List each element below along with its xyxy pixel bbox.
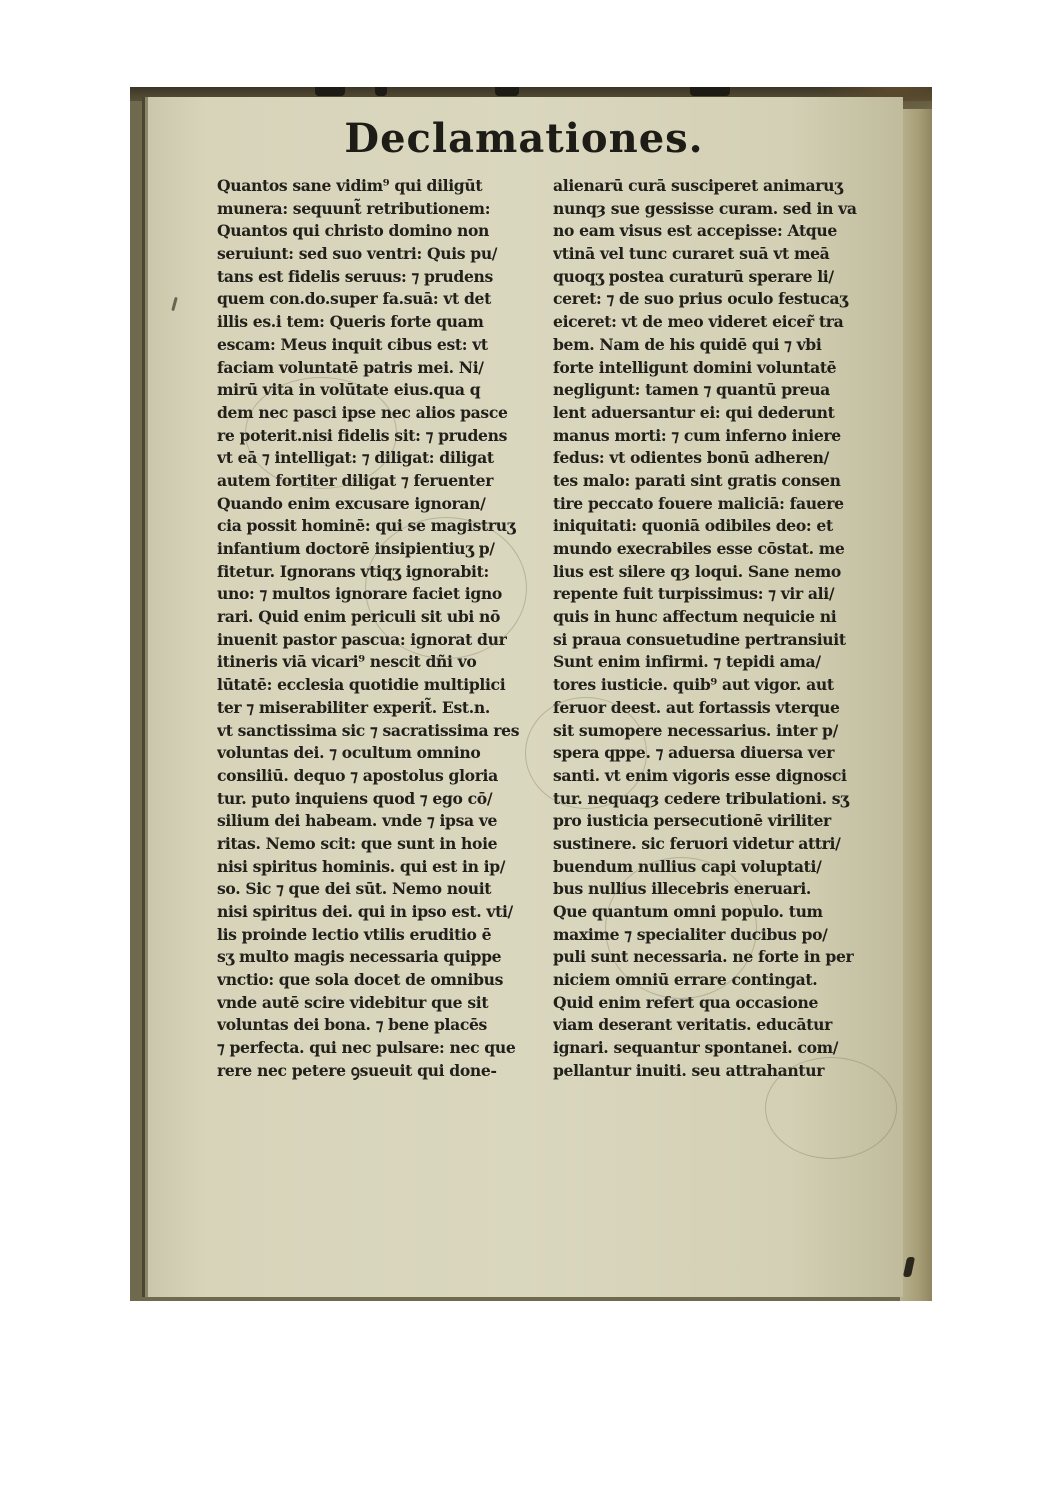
text-line: munera: sequunt̃ retributionem: [217,198,553,221]
text-line: Sunt enim infirmi. ⁊ tepidi ama/ [553,651,889,674]
text-line: fedus: vt odientes bonū adheren/ [553,447,889,470]
text-line: Quid enim refert qua occasione [553,992,889,1015]
text-line: sit sumopere necessarius. inter p/ [553,720,889,743]
text-line: viam deserant veritatis. educātur [553,1014,889,1037]
text-line: dem nec pasci ipse nec alios pasce [217,402,553,425]
text-line: quis in hunc affectum nequicie ni [553,606,889,629]
text-line: silium dei habeam. vnde ⁊ ipsa ve [217,810,553,833]
text-line: consiliū. dequo ⁊ apostolus gloria [217,765,553,788]
page-fore-edge [900,109,932,1301]
text-line: sʒ multo magis necessaria quippe [217,946,553,969]
text-line: spera qppe. ⁊ aduersa diuersa ver [553,742,889,765]
text-line: nisi spiritus dei. qui in ipso est. vti/ [217,901,553,924]
text-line: vt sanctissima sic ⁊ sacratissima res [217,720,553,743]
text-line: quoqʒ postea curaturū sperare li/ [553,266,889,289]
text-line: sustinere. sic feruori videtur attri/ [553,833,889,856]
text-line: cia possit hominē: qui se magistruʒ [217,515,553,538]
text-line: faciam voluntatē patris mei. Ni/ [217,357,553,380]
running-title: Declamationes. [145,115,903,162]
text-line: vt eā ⁊ intelligat: ⁊ diligat: diligat [217,447,553,470]
text-column-left: Quantos sane vidim⁹ qui diligūtmunera: s… [217,175,553,1083]
text-line: tans est fidelis seruus: ⁊ prudens [217,266,553,289]
text-line: bem. Nam de his quidē qui ⁊ vbi [553,334,889,357]
text-line: Quando enim excusare ignoran/ [217,493,553,516]
text-line: lent aduersantur ei: qui dederunt [553,402,889,425]
text-line: tire peccato fouere maliciā: fauere [553,493,889,516]
book-page: Declamationes. Quantos sane vidim⁹ qui d… [142,97,903,1297]
text-line: ter ⁊ miserabiliter experit̃. Est.n. [217,697,553,720]
text-line: seruiunt: sed suo ventri: Quis pu/ [217,243,553,266]
text-line: escam: Meus inquit cibus est: vt [217,334,553,357]
text-line: Quantos qui christo domino non [217,220,553,243]
text-line: rari. Quid enim periculi sit ubi nō [217,606,553,629]
text-column-right: alienarū curā susciperet animaruʒnunqȝ s… [553,175,889,1083]
text-line: tur. puto inquiens quod ⁊ ego cō/ [217,788,553,811]
text-line: manus morti: ⁊ cum inferno iniere [553,425,889,448]
scanned-page-photo: Declamationes. Quantos sane vidim⁹ qui d… [130,87,932,1301]
text-line: infantium doctorē insipientiuʒ p/ [217,538,553,561]
text-line: illis es.i tem: Queris forte quam [217,311,553,334]
text-line: voluntas dei. ⁊ ocultum omnino [217,742,553,765]
text-line: buendum nullius capi voluptati/ [553,856,889,879]
text-line: rere nec petere ꝯsueuit qui done- [217,1060,553,1083]
text-line: si praua consuetudine pertransiuit [553,629,889,652]
text-line: ceret: ⁊ de suo prius oculo festucaʒ [553,288,889,311]
text-line: ⁊ perfecta. qui nec pulsare: nec que [217,1037,553,1060]
text-line: tores iusticie. quib⁹ aut vigor. aut [553,674,889,697]
text-line: eiceret: vt de meo videret eicer̃ tra [553,311,889,334]
text-line: ignari. sequantur spontanei. com/ [553,1037,889,1060]
gutter-mark [171,297,178,311]
text-line: lius est silere qȝ loqui. Sane nemo [553,561,889,584]
text-line: ritas. Nemo scit: que sunt in hoie [217,833,553,856]
text-line: lūtatē: ecclesia quotidie multiplici [217,674,553,697]
text-line: pro iusticia persecutionē viriliter [553,810,889,833]
text-line: Que quantum omni populo. tum [553,901,889,924]
text-line: vtinā vel tunc curaret suā vt meā [553,243,889,266]
text-line: inuenit pastor pascua: ignorat dur [217,629,553,652]
text-line: iniquitati: quoniā odibiles deo: et [553,515,889,538]
text-line: negligunt: tamen ⁊ quantū preua [553,379,889,402]
text-line: tes malo: parati sint gratis consen [553,470,889,493]
text-line: repente fuit turpissimus: ⁊ vir ali/ [553,583,889,606]
text-line: no eam visus est accepisse: Atque [553,220,889,243]
text-line: pellantur inuiti. seu attrahantur [553,1060,889,1083]
text-line: re poterit.nisi fidelis sit: ⁊ prudens [217,425,553,448]
text-line: tur. nequaqȝ cedere tribulationi. sʒ [553,788,889,811]
text-line: mundo execrabiles esse cōstat. me [553,538,889,561]
text-line: mirū vita in volūtate eius.qua q [217,379,553,402]
text-line: nunqȝ sue gessisse curam. sed in va [553,198,889,221]
text-line: itineris viā vicari⁹ nescit dñi vo [217,651,553,674]
text-line: uno: ⁊ multos ignorare faciet igno [217,583,553,606]
text-line: vnctio: que sola docet de omnibus [217,969,553,992]
text-line: maxime ⁊ specialiter ducibus po/ [553,924,889,947]
text-line: puli sunt necessaria. ne forte in per [553,946,889,969]
text-line: fitetur. Ignorans vtiqʒ ignorabit: [217,561,553,584]
text-line: Quantos sane vidim⁹ qui diligūt [217,175,553,198]
text-line: santi. vt enim vigoris esse dignosci [553,765,889,788]
text-line: vnde autē scire videbitur que sit [217,992,553,1015]
text-line: nisi spiritus hominis. qui est in ip/ [217,856,553,879]
text-line: autem fortiter diligat ⁊ feruenter [217,470,553,493]
text-line: so. Sic ⁊ que dei sūt. Nemo nouit [217,878,553,901]
text-line: voluntas dei bona. ⁊ bene placēs [217,1014,553,1037]
text-line: niciem omniū errare contingat. [553,969,889,992]
text-line: lis proinde lectio vtilis eruditio ē [217,924,553,947]
text-line: forte intelligunt domini voluntatē [553,357,889,380]
text-line: feruor deest. aut fortassis vterque [553,697,889,720]
text-line: alienarū curā susciperet animaruʒ [553,175,889,198]
text-line: quem con.do.super fa.suā: vt det [217,288,553,311]
text-line: bus nullius illecebris eneruari. [553,878,889,901]
